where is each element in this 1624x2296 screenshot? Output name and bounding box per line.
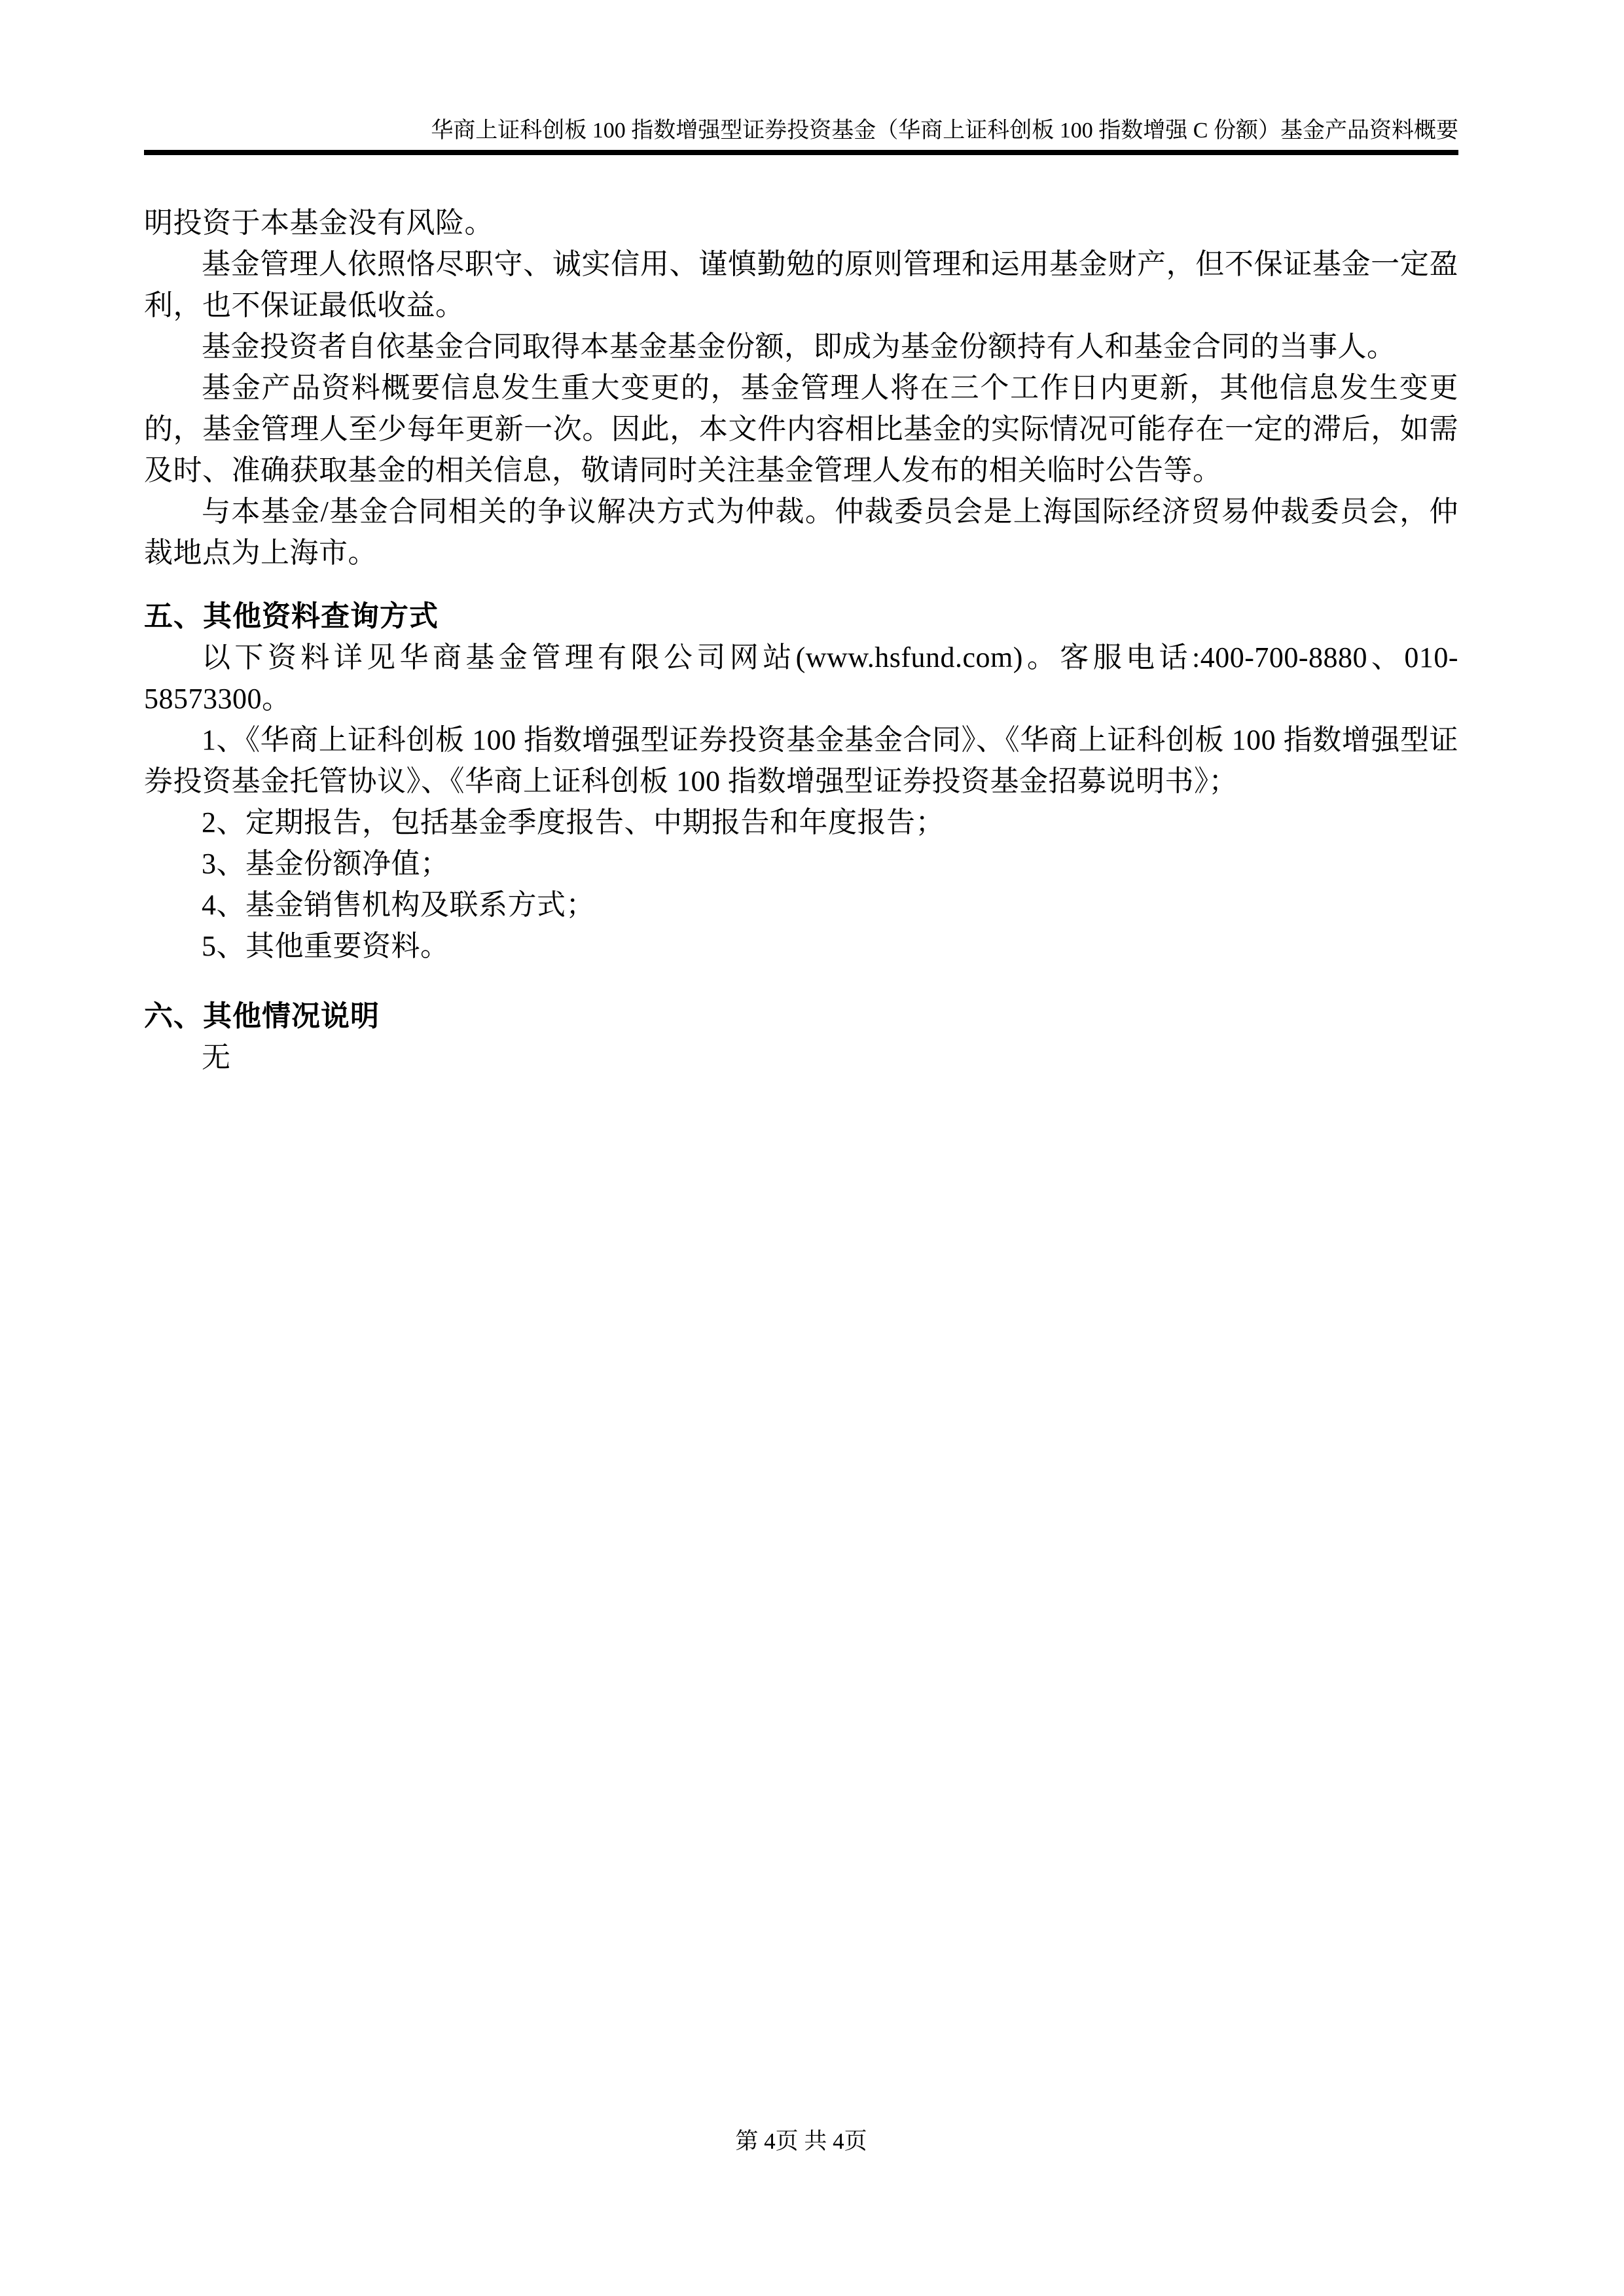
list-item: 2、定期报告，包括基金季度报告、中期报告和年度报告； bbox=[144, 802, 1458, 843]
list-item: 3、基金份额净值； bbox=[144, 843, 1458, 884]
list-item: 4、基金销售机构及联系方式； bbox=[144, 884, 1458, 925]
page-content: 华商上证科创板 100 指数增强型证券投资基金（华商上证科创板 100 指数增强… bbox=[144, 118, 1458, 1078]
paragraph: 与本基金/基金合同相关的争议解决方式为仲裁。仲裁委员会是上海国际经济贸易仲裁委员… bbox=[144, 491, 1458, 573]
document-page: 华商上证科创板 100 指数增强型证券投资基金（华商上证科创板 100 指数增强… bbox=[0, 0, 1624, 2296]
paragraph-continuation: 明投资于本基金没有风险。 bbox=[144, 202, 1458, 243]
header-rule bbox=[144, 150, 1458, 155]
list-item: 1、《华商上证科创板 100 指数增强型证券投资基金基金合同》、《华商上证科创板… bbox=[144, 719, 1458, 802]
section-five-intro: 以下资料详见华商基金管理有限公司网站(www.hsfund.com)。客服电话:… bbox=[144, 637, 1458, 719]
page-footer: 第 4页 共 4页 bbox=[144, 2127, 1458, 2156]
page-header: 华商上证科创板 100 指数增强型证券投资基金（华商上证科创板 100 指数增强… bbox=[144, 118, 1458, 155]
header-title: 华商上证科创板 100 指数增强型证券投资基金（华商上证科创板 100 指数增强… bbox=[144, 118, 1458, 144]
list-item: 5、其他重要资料。 bbox=[144, 925, 1458, 967]
paragraph: 基金管理人依照恪尽职守、诚实信用、谨慎勤勉的原则管理和运用基金财产，但不保证基金… bbox=[144, 243, 1458, 326]
section-six-content: 无 bbox=[144, 1037, 1458, 1078]
body-text: 明投资于本基金没有风险。 基金管理人依照恪尽职守、诚实信用、谨慎勤勉的原则管理和… bbox=[144, 202, 1458, 1078]
page-number: 第 4页 共 4页 bbox=[735, 2128, 867, 2154]
section-heading-six: 六、其他情况说明 bbox=[144, 996, 1458, 1037]
paragraph: 基金投资者自依基金合同取得本基金基金份额，即成为基金份额持有人和基金合同的当事人… bbox=[144, 326, 1458, 367]
paragraph: 基金产品资料概要信息发生重大变更的，基金管理人将在三个工作日内更新，其他信息发生… bbox=[144, 367, 1458, 491]
section-heading-five: 五、其他资料查询方式 bbox=[144, 596, 1458, 637]
